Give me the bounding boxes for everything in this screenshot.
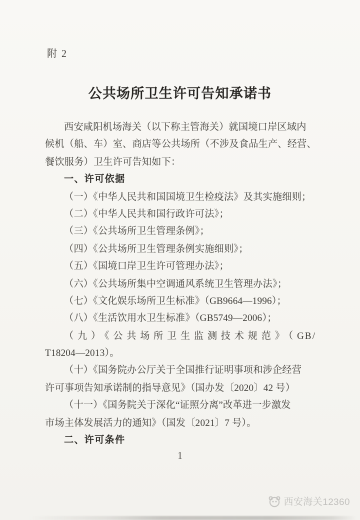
document-line: T18204—2013）。 — [45, 345, 316, 362]
page-number: 1 — [0, 451, 360, 462]
document-line: （六）《公共场所集中空调通风系统卫生管理办法》； — [45, 276, 316, 293]
document-line: （五）《国境口岸卫生许可管理办法》； — [45, 258, 316, 275]
document-line: 许可事项告知承诺制的指导意见》（国办发〔2020〕42 号） — [45, 380, 316, 397]
document-line: 候机（船、车）室、商店等公共场所（不涉及食品生产、经营、 — [45, 136, 316, 153]
document-line: （十）《国务院办公厅关于全国推行证明事项和涉企经营 — [45, 362, 316, 379]
document-line: 二、许可条件 — [45, 432, 316, 449]
customs-badge-icon — [268, 495, 281, 508]
document-line: （九）《公共场所卫生监测技术规范》（GB/ — [45, 328, 316, 345]
attachment-label: 附 2 — [47, 45, 68, 60]
document-line: （二）《中华人民共和国行政许可法》； — [45, 206, 316, 223]
document-line: （七）《文化娱乐场所卫生标准》（GB9664—1996）； — [45, 293, 316, 310]
document-line: （八）《生活饮用水卫生标准》（GB5749—2006）； — [45, 310, 316, 327]
watermark-label: 西安海关12360 — [284, 494, 350, 508]
document-line: （一）《中华人民共和国国境卫生检疫法》及其实施细则； — [45, 189, 316, 206]
page-edge-shadow — [0, 516, 360, 520]
document-title: 公共场所卫生许可告知承诺书 — [0, 82, 360, 102]
document-line: （四）《公共场所卫生管理条例实施细则》； — [45, 241, 316, 258]
watermark: 西安海关12360 — [268, 494, 350, 508]
document-line: 市场主体发展活力的通知》（国发〔2021〕7 号）。 — [45, 415, 316, 432]
scanned-document-page: 附 2 公共场所卫生许可告知承诺书 西安咸阳机场海关（以下称主管海关）就国境口岸… — [0, 0, 360, 520]
document-line: （十一）《国务院关于深化“证照分离”改革进一步激发 — [45, 397, 316, 414]
document-body: 西安咸阳机场海关（以下称主管海关）就国境口岸区域内候机（船、车）室、商店等公共场… — [45, 119, 316, 449]
document-line: 西安咸阳机场海关（以下称主管海关）就国境口岸区域内 — [45, 119, 316, 136]
document-line: 餐饮服务）卫生许可告知如下： — [45, 154, 316, 171]
document-line: 一、许可依据 — [45, 171, 316, 188]
document-line: （三）《公共场所卫生管理条例》； — [45, 223, 316, 240]
